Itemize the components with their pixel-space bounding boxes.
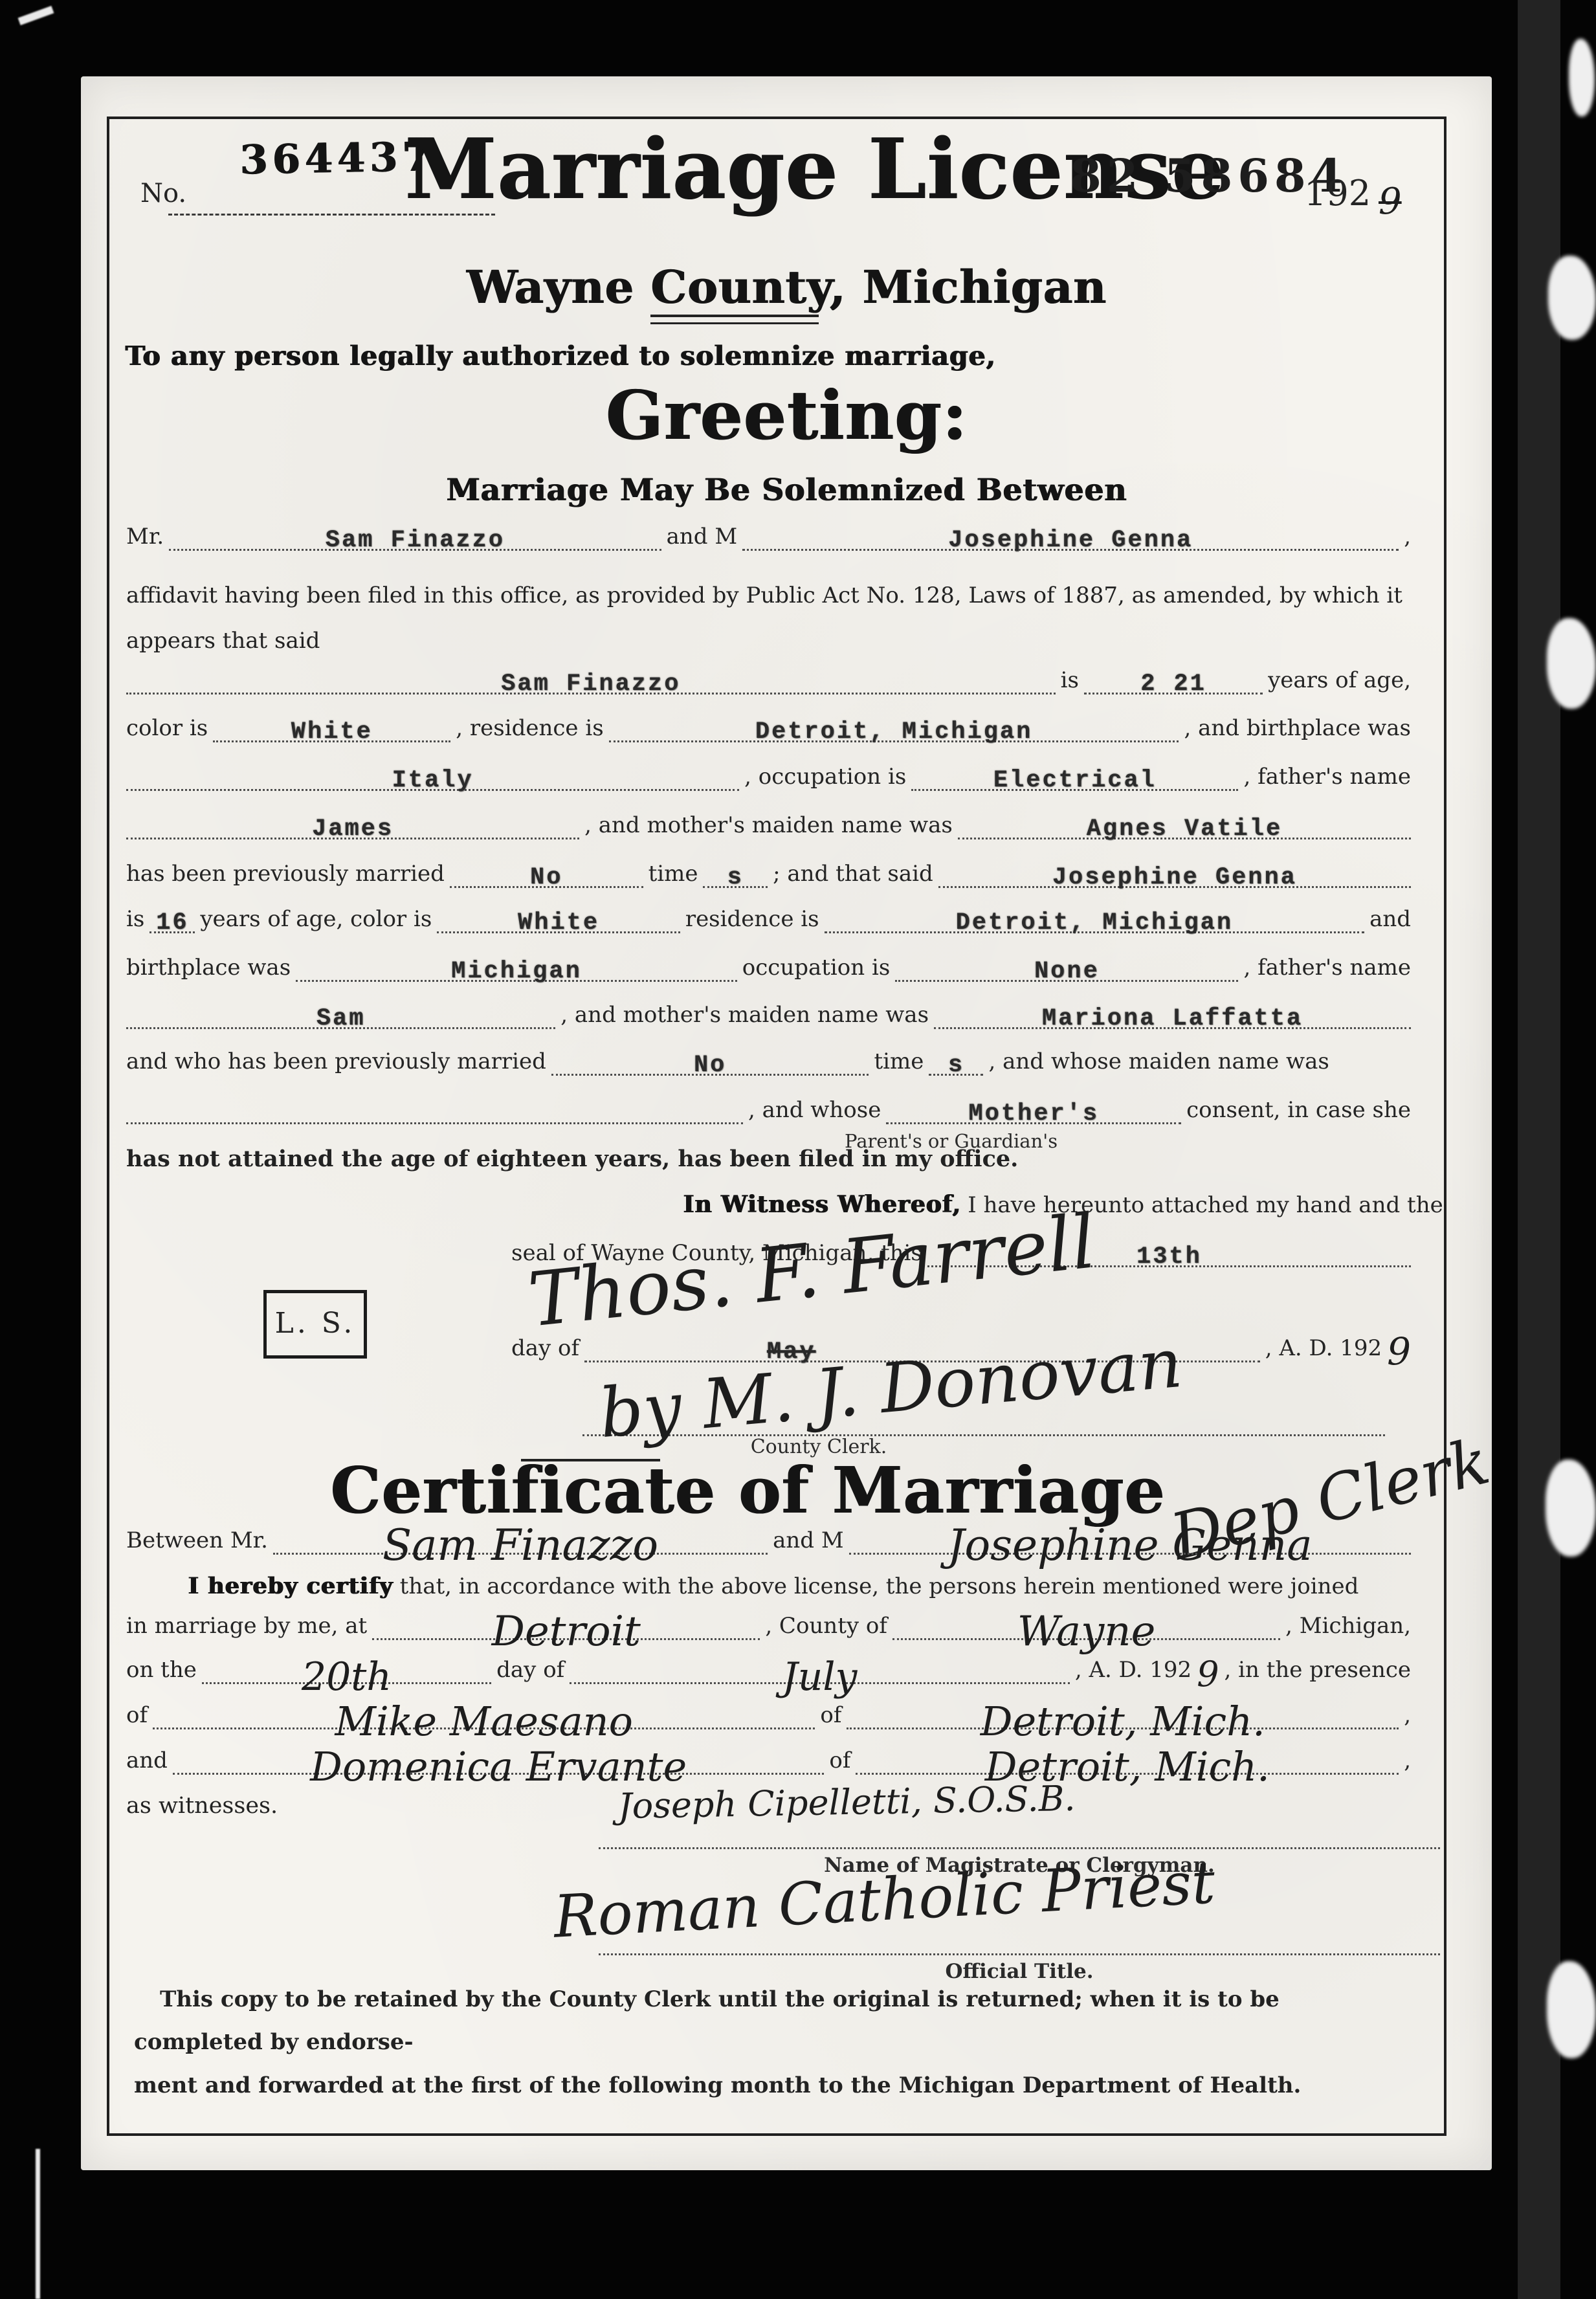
- groom-prev-married-field: No: [450, 855, 643, 888]
- groom-occupation-value: Electrical: [993, 770, 1157, 792]
- film-scratch: [18, 6, 54, 25]
- witness1-name-field: Mike Maesano: [153, 1696, 815, 1729]
- maiden-name-field: [126, 1091, 743, 1124]
- month-script: July: [782, 1661, 858, 1693]
- mothers-maiden-label2: , and mother's maiden name was: [560, 1003, 929, 1029]
- comma3: ,: [1404, 1748, 1411, 1775]
- ad-label2: , A. D. 192: [1075, 1658, 1191, 1684]
- consent-party-field: Mother's: [886, 1091, 1181, 1124]
- mothers-maiden-label: , and mother's maiden name was: [584, 813, 953, 839]
- ls-label: L. S.: [275, 1307, 356, 1342]
- witness1-city-script: Detroit, Mich.: [981, 1705, 1265, 1738]
- clerk-signature: Thos. F. Farrell: [526, 1212, 1098, 1330]
- fathers-name-label: , father's name: [1243, 764, 1411, 791]
- official-title-line: [599, 1953, 1440, 1955]
- groom-color-value: White: [291, 722, 373, 743]
- is-label: is: [1061, 668, 1079, 694]
- groom-age-field: 2 21: [1084, 661, 1263, 694]
- on-the-label: on the: [126, 1658, 197, 1684]
- witness2-city-field: Detroit, Mich.: [856, 1742, 1399, 1775]
- month-field2: July: [570, 1651, 1070, 1684]
- document-title: Marriage License: [405, 128, 1129, 211]
- groom-name-field: Sam Finazzo: [169, 518, 661, 551]
- film-scratch: [36, 2149, 40, 2299]
- groom-mother-value: Agnes Vatile: [1087, 819, 1282, 840]
- groom-birthplace-value: Italy: [392, 770, 474, 792]
- in-witness-lead: In Witness Whereof,: [683, 1191, 960, 1218]
- groom-prev-married-value: No: [530, 867, 562, 889]
- birthplace-was-label: , and birthplace was: [1184, 716, 1411, 742]
- groom-birthplace-row: Italy , occupation is Electrical , fathe…: [126, 760, 1411, 791]
- marriage-date-row: on the 20th day of July , A. D. 192 9 , …: [126, 1653, 1411, 1684]
- bride-mother-field: Mariona Laffatta: [934, 996, 1411, 1029]
- day-field: 20th: [202, 1651, 491, 1684]
- double-rule: [650, 315, 819, 324]
- bride-father-field: Sam: [126, 996, 555, 1029]
- presence-label: , in the presence: [1225, 1658, 1411, 1684]
- groom-parents-row: James , and mother's maiden name was Agn…: [126, 808, 1411, 839]
- at-label: in marriage by me, at: [126, 1614, 367, 1640]
- bride-residence-field: Detroit, Michigan: [825, 900, 1364, 933]
- groom-times-field: s: [703, 855, 768, 888]
- bride-birthplace-value: Michigan: [451, 961, 582, 983]
- groom-occupation-field: Electrical: [911, 758, 1238, 791]
- bride-name-value2: Josephine Genna: [1052, 867, 1297, 889]
- ad-digit-script: 9: [1387, 1337, 1411, 1366]
- film-light-blob: [1569, 39, 1595, 117]
- solemnized-heading: Marriage May Be Solemnized Between: [81, 472, 1492, 508]
- color-is-label: color is: [126, 716, 208, 742]
- bride-residence-value: Detroit, Michigan: [956, 913, 1233, 934]
- groom-prev-married-row: has been previously married No time s ; …: [126, 857, 1411, 888]
- seal-day-value: 13th: [1136, 1247, 1202, 1268]
- marriage-place-row: in marriage by me, at Detroit , County o…: [126, 1609, 1411, 1640]
- witness2-name-script: Domenica Ervante: [310, 1751, 687, 1783]
- bride-prev-married-value: No: [694, 1055, 726, 1076]
- footer-note-line1: This copy to be retained by the County C…: [134, 1986, 1280, 2055]
- official-title-signature: Roman Catholic Priest: [553, 1860, 1216, 1940]
- between-row: Between Mr. Sam Finazzo and M Josephine …: [126, 1524, 1411, 1555]
- ad-digit-script2: 9: [1197, 1660, 1219, 1688]
- bride-age-row: is 16 years of age, color is White resid…: [126, 902, 1411, 933]
- bride-occupation-field: None: [895, 949, 1238, 982]
- attained-line: has not attained the age of eighteen yea…: [126, 1146, 1018, 1172]
- film-edge-strip: [1518, 0, 1560, 2299]
- bride-residence-label: residence is: [685, 907, 819, 933]
- witness2-row: and Domenica Ervante of Detroit, Mich. ,: [126, 1744, 1411, 1775]
- film-light-blob: [1548, 256, 1596, 340]
- mr-label: Mr.: [126, 524, 164, 551]
- consent-party-value: Mother's: [968, 1104, 1099, 1125]
- of-label: of: [126, 1703, 148, 1729]
- bride-birthplace-row: birthplace was Michigan occupation is No…: [126, 951, 1411, 982]
- groom-birthplace-field: Italy: [126, 758, 739, 791]
- affidavit-line1: affidavit having been filed in this offi…: [126, 583, 1402, 608]
- city-field: Detroit: [372, 1607, 760, 1640]
- greeting-heading: Greeting:: [81, 375, 1492, 455]
- groom-father-field: James: [126, 806, 579, 839]
- state-label: , Michigan,: [1285, 1614, 1411, 1640]
- as-witnesses-line: as witnesses.: [126, 1793, 278, 1819]
- year-digit: 9: [1379, 188, 1402, 217]
- between-mr-label: Between Mr.: [126, 1528, 268, 1555]
- parties-row: Mr. Sam Finazzo and M Josephine Genna ,: [126, 520, 1411, 551]
- ad-label: , A. D. 192: [1265, 1336, 1382, 1362]
- of-label3: of: [829, 1748, 850, 1775]
- fathers-name-label2: , father's name: [1243, 955, 1411, 982]
- certificate-title: Certificate of Marriage: [327, 1454, 1168, 1528]
- groom-residence-field: Detroit, Michigan: [609, 709, 1179, 742]
- between-groom-field: Sam Finazzo: [273, 1522, 768, 1555]
- and-label2: and: [126, 1748, 168, 1775]
- of-label2: of: [820, 1703, 841, 1729]
- groom-father-value: James: [312, 819, 393, 840]
- witness2-name-field: Domenica Ervante: [173, 1742, 824, 1775]
- groom-age-row: Sam Finazzo is 2 21 years of age,: [126, 663, 1411, 694]
- consent-suffix-label: consent, in case she: [1186, 1098, 1411, 1124]
- county-line: Wayne County, Michigan: [81, 260, 1492, 314]
- film-light-blob: [1546, 1460, 1596, 1557]
- clergy-signature-line: [599, 1847, 1440, 1849]
- and-m-label2: and M: [773, 1528, 844, 1555]
- between-bride-script: Josephine Genna: [948, 1529, 1313, 1563]
- comma2: ,: [1404, 1703, 1411, 1729]
- county-script: Wayne: [1017, 1616, 1156, 1649]
- groom-age-value: 21: [1173, 674, 1206, 695]
- groom-name-field2: Sam Finazzo: [126, 661, 1056, 694]
- occupation-is-label: , occupation is: [744, 764, 906, 791]
- witness1-city-field: Detroit, Mich.: [847, 1696, 1399, 1729]
- bride-name-field2: Josephine Genna: [938, 855, 1411, 888]
- bride-age-suffix-label: years of age, color is: [200, 907, 432, 933]
- bride-color-value: White: [518, 913, 599, 934]
- bride-age-field: 16: [150, 900, 195, 933]
- bride-prev-married-label: and who has been previously married: [126, 1049, 546, 1076]
- marriage-license-document: No. 364437 Marriage License 82 58684 192…: [81, 76, 1492, 2170]
- certify-line: I hereby certify that, in accordance wit…: [188, 1573, 1358, 1599]
- footer-note: This copy to be retained by the County C…: [134, 1978, 1409, 2107]
- groom-name-value2: Sam Finazzo: [501, 674, 680, 695]
- and-m-label: and M: [667, 524, 738, 551]
- film-light-blob: [1547, 618, 1596, 709]
- groom-color-field: White: [213, 709, 450, 742]
- bride-name-field: Josephine Genna: [742, 518, 1399, 551]
- consent-row: , and whose Mother's consent, in case sh…: [126, 1093, 1411, 1124]
- city-script: Detroit: [492, 1616, 641, 1649]
- and-whose-label: , and whose: [748, 1098, 881, 1124]
- clergy-signature: Joseph Cipelletti, S.O.S.B.: [618, 1784, 1076, 1821]
- bride-prev-married-field: No: [551, 1043, 869, 1076]
- groom-name-value: Sam Finazzo: [326, 530, 505, 551]
- witness1-name-script: Mike Maesano: [335, 1705, 632, 1738]
- bride-occupation-value: None: [1034, 961, 1100, 983]
- bride-times-value: s: [948, 1055, 964, 1076]
- witness1-row: of Mike Maesano of Detroit, Mich. ,: [126, 1698, 1411, 1729]
- salutation-line: To any person legally authorized to sole…: [125, 340, 995, 372]
- bride-age-value: 16: [156, 913, 188, 934]
- bride-parents-row: Sam , and mother's maiden name was Mario…: [126, 998, 1411, 1029]
- and-that-said-label: ; and that said: [773, 861, 933, 888]
- years-of-age-label: years of age,: [1268, 668, 1411, 694]
- maiden-name-label: , and whose maiden name was: [988, 1049, 1329, 1076]
- residence-is-label: , residence is: [456, 716, 603, 742]
- county-of-label: , County of: [765, 1614, 887, 1640]
- day-script: 20th: [302, 1661, 392, 1693]
- certify-lead: I hereby certify: [188, 1573, 393, 1599]
- bride-birthplace-field: Michigan: [296, 949, 737, 982]
- birthplace-label2: birthplace was: [126, 955, 291, 982]
- prev-married-label: has been previously married: [126, 861, 445, 888]
- bride-prev-married-row: and who has been previously married No t…: [126, 1045, 1411, 1076]
- groom-residence-value: Detroit, Michigan: [755, 722, 1032, 743]
- affidavit-line2: appears that said: [126, 628, 320, 654]
- bride-times-field: s: [929, 1043, 983, 1076]
- footer-note-line2: ment and forwarded at the first of the f…: [134, 2072, 1301, 2098]
- groom-age-strike: 2: [1140, 674, 1157, 695]
- time-label: time: [648, 861, 698, 888]
- occupation-label2: occupation is: [742, 955, 891, 982]
- bride-father-value: Sam: [316, 1008, 366, 1030]
- county-field: Wayne: [892, 1607, 1280, 1640]
- is-label2: is: [126, 907, 144, 933]
- between-groom-script: Sam Finazzo: [382, 1529, 658, 1563]
- groom-color-row: color is White , residence is Detroit, M…: [126, 711, 1411, 742]
- and-label: and: [1369, 907, 1411, 933]
- bride-color-field: White: [437, 900, 680, 933]
- ls-seal-box: L. S.: [263, 1290, 367, 1359]
- groom-mother-field: Agnes Vatile: [958, 806, 1411, 839]
- groom-times-value: s: [727, 867, 744, 889]
- certify-rest: that, in accordance with the above licen…: [400, 1573, 1359, 1601]
- day-of-label2: day of: [496, 1658, 564, 1684]
- bride-mother-value: Mariona Laffatta: [1042, 1008, 1303, 1030]
- film-light-blob: [1547, 1961, 1596, 2058]
- time-label2: time: [874, 1049, 924, 1076]
- comma: ,: [1404, 524, 1411, 551]
- year-prefix: 192: [1304, 173, 1371, 215]
- between-bride-field: Josephine Genna: [849, 1522, 1411, 1555]
- bride-name-value: Josephine Genna: [948, 530, 1193, 551]
